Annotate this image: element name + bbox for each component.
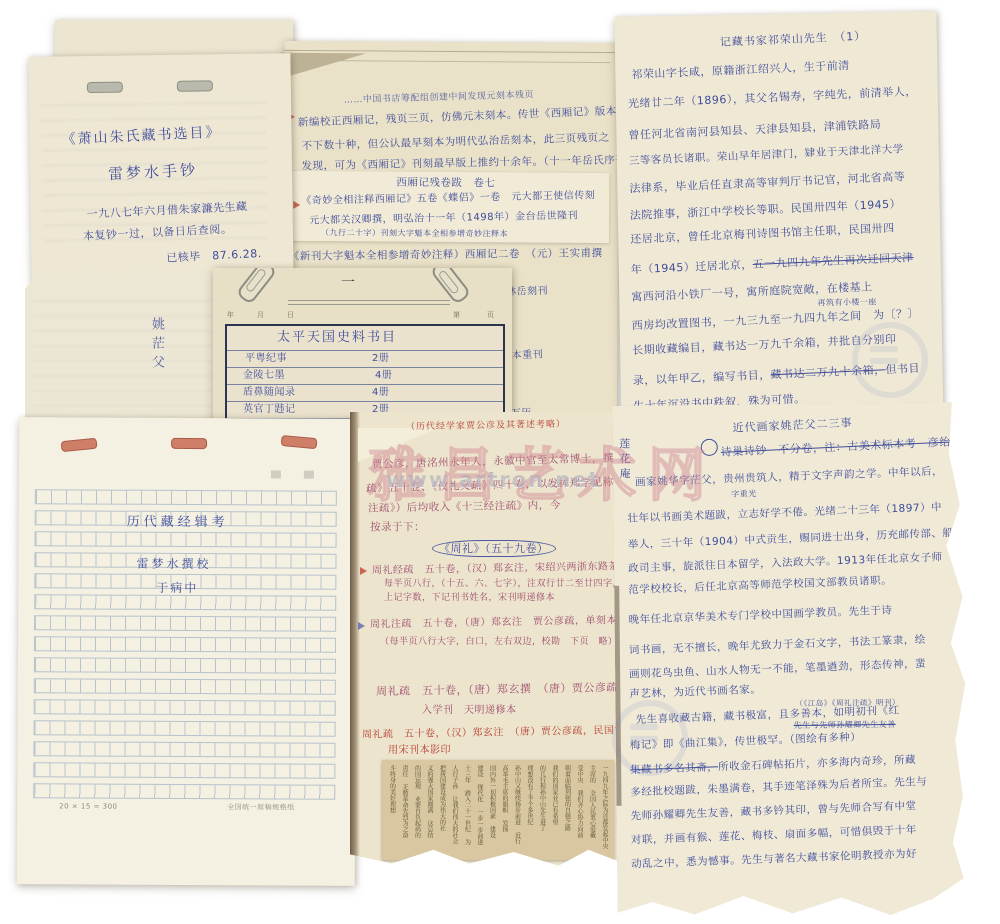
clipping-column: 主席的 全国人民衷心爱戴: [585, 765, 598, 857]
line-segment: 年（1945）迁居北京，: [631, 258, 753, 276]
struck-heading: 诗巢诗钞 不分卷，注：古美术标本考 彦绐等: [721, 436, 963, 458]
manuscript-line: 词书画，无不擅长，晚年尤致力于金石文字，书法工篆隶，绘: [629, 635, 926, 656]
stamp-bar: [630, 736, 658, 742]
manuscript-line: 对联，并画有猴、莲花、梅枝、扇面多幅，可惜俱毁于十年: [631, 825, 917, 846]
manuscript-line: 政司主事，旋派往日本留学，入法政大学。1913年任北京女子师: [628, 552, 943, 574]
page-title: 近代画家姚茫父二三事: [732, 417, 852, 433]
staple-icon: [177, 80, 213, 92]
grid-row: [34, 699, 336, 716]
clipping-column: 建设 现代化 一步一步前进: [473, 765, 486, 857]
manuscript-line: 画则花鸟虫鱼、山水人物无一不能，笔墨遒劲，形态传神，蜚: [629, 659, 926, 680]
grid-row: [33, 741, 335, 758]
printed-clipping: 一九四九年之际为首都发起中央 主席的 全国人民衷心爱戴 受中央 我们齐心协力向前…: [382, 760, 614, 860]
grid-row: [34, 678, 336, 695]
manuscript-note: 于病中: [156, 582, 198, 594]
note-line: 已核毕 87.6.28.: [166, 248, 262, 264]
form-row: 金陵七墨 4册: [227, 368, 503, 385]
manuscript-line: 举人，三十年（1904）中式贡生，赐同进士出身，历充邮传部、船: [628, 528, 954, 550]
red-title: （历代经学家贾公彦及其著述考略）: [406, 421, 566, 433]
grid-row: [35, 489, 337, 506]
entry-line: （每半页八行大字，白口，左右双边，校勘 下页 略）: [380, 638, 618, 647]
manuscript-line: 先师孙耀卿先生友善，藏书多钤其印，曾与先师合写有中堂: [630, 801, 916, 822]
slip-line: 《奇妙全相注释西厢记》五卷《蝶侣》一卷 元大都王使信传刻: [301, 191, 595, 207]
manuscript-line: 不下数十种，但公认最早刻本为明代弘治岳刻本，此三页残页之: [302, 133, 610, 152]
red-staple-icon: [61, 438, 98, 453]
stamp-bar: [870, 358, 898, 364]
manuscript-author: 雷梦水撰校: [136, 558, 211, 570]
grid-row: [34, 636, 336, 653]
entry-line: 每半页八行，（十五、六、七字），注双行廿二至廿四字，: [384, 580, 622, 589]
page-title: 记藏书家祁荣山先生 （1）: [720, 31, 867, 48]
page-number-mark: 一: [341, 276, 356, 290]
entry-line: 周礼疏 五十卷，（唐）郑玄撰 （唐）贾公彦疏: [376, 682, 618, 697]
crumpled-envelope: 姚茫父: [25, 262, 232, 432]
clipping-column: 我们的国家业已有希望: [548, 765, 561, 857]
folded-corner: [280, 53, 366, 80]
struck-segment: 五一九四九年先生再次迁回天津: [752, 251, 913, 271]
clipping-column: 义的强大国家圆满 这总结: [423, 765, 436, 857]
clipping-column: 把我国建设成为伟大的社: [435, 765, 448, 857]
manuscript-line: 三等客员长诸职。荣山早年居津门，肄业于天津北洋大学: [629, 144, 904, 166]
book-name: 英官丁韪记: [243, 405, 296, 415]
manuscript-line: 曾任河北省南河县知县、天津县知县，津浦铁路局: [628, 119, 881, 141]
grid-row: [34, 720, 336, 737]
clipping-column: 人行子孙 让我们伟大的社会: [448, 765, 461, 857]
grid-row: [33, 783, 335, 800]
blue-triangle-mark-icon: [358, 622, 365, 630]
manuscript-line: 《新刊大字魁本全相参增奇妙注释）西厢记二卷 （元）王实甫撰: [289, 248, 603, 262]
form-row: 盾鼻随闻录 4册: [227, 385, 503, 402]
manuscript-line: ……中国书店筹配组创建中间发现元刻本残页: [344, 91, 534, 105]
clipping-column: 理想没有了半个多世纪: [523, 765, 536, 857]
page-jiagongyan-notes: （历代经学家贾公彦及其著述考略） 贾公彦，唐洺州永年人，永徽中官至太常博士，撰《…: [350, 412, 648, 868]
slip-title: 西厢记残卷跋 卷七: [396, 178, 495, 189]
grid-row: [34, 594, 336, 611]
clipping-column: 朝着面临列强的自强之路: [560, 765, 573, 857]
page-taiping-booklist-form: 一 年 月 日 第 页 太平天国史料书目 平粤纪事 2册 金陵七墨 4册 盾鼻随…: [213, 268, 512, 432]
page-field-mark: [304, 471, 314, 479]
paper-spec-left: 20 × 15 = 300: [59, 803, 117, 810]
book-count: 2册: [372, 354, 389, 364]
book-name: 金陵七墨: [243, 371, 285, 381]
stamp-bar: [630, 724, 658, 730]
circled-heading: 《周礼》（五十九卷）: [432, 540, 556, 557]
clipping-column: 高举毛主席的旗帜 发扬: [498, 765, 511, 857]
paper-spec-right: 全国统一原稿规格纸: [227, 804, 295, 811]
clipping-column: 一九四九年之际为首都发起中央: [598, 765, 611, 857]
manuscript-line: 晚年任北京京华美术专门学校中国画学教员。先生于诗: [628, 605, 892, 625]
manuscript-line: 还居北京，曾任北京梅刊诗图书馆主任职，民国卅四: [630, 223, 895, 246]
book-name: 平粤纪事: [245, 354, 287, 364]
clipping-column: 的几行程孙中山先生进了: [535, 765, 548, 857]
struck-note: 先生与先师孙耀卿先生友善: [794, 721, 896, 730]
clipping-column: 斗终身的美好理想: [385, 765, 398, 857]
faint-logo-stamp: [612, 700, 688, 776]
slip-line: 元大都关汉卿撰，明弘治十一年（1498年）金台岳世隆刊: [309, 211, 578, 226]
faint-logo-stamp: [852, 322, 928, 398]
clipping-column: 受中央 我们齐心协力向前: [573, 765, 586, 857]
manuscript-line: 多经批校题跋，朱墨满卷，其手迹笔泽殊为后者所宝。先生与: [630, 777, 927, 798]
grid-row: [34, 615, 336, 632]
form-title: 太平天国史料书目: [277, 331, 397, 344]
entry-line: 用宋刊本影印: [388, 746, 451, 756]
stamp-bar: [870, 346, 898, 352]
manuscript-line: 发现，可为《西厢记》刊刻最早版上推约十余年。（十一年岳氏序刊）: [301, 155, 637, 172]
manuscript-line: 祁荣山字长咸，原籍浙江绍兴人，生于前清: [631, 60, 850, 81]
staple-icon: [87, 82, 123, 94]
show-through-text: [33, 292, 218, 422]
entry-line: 周礼经疏 五十卷，（汉）郑玄注，宋绍兴两浙东路茶盐司刊: [372, 562, 651, 577]
grid-row: [35, 531, 337, 548]
entry-line: 入学刊 天明递修本: [422, 706, 517, 716]
red-triangle-mark-icon: [293, 201, 300, 209]
margin-note: 莲花庵: [619, 438, 630, 483]
inserted-note: 再筑有小楼一座: [817, 298, 877, 307]
line-segment: 录，以年甲乙，编写书目，: [632, 368, 770, 387]
intro-line: 按录于下：: [370, 522, 425, 533]
entry-line: 周礼注疏 五十卷，（唐）郑玄注 贾公彦疏，单刻本（第: [370, 616, 638, 631]
grid-row: [33, 762, 335, 779]
clipping-column: 国内外一切积极因素 建设: [485, 765, 498, 857]
manuscript-line: 动乱之中，悉为憾事。先生与著名大藏书家伦明教授亦为好: [631, 849, 917, 870]
circle-mark-icon: [701, 439, 718, 456]
paper-clip-icon: [235, 268, 277, 305]
form-header-page: 第 页: [453, 312, 504, 319]
double-rule: [288, 300, 450, 305]
form-row: 平粤纪事 2册: [227, 351, 503, 368]
manuscript-collection-photo: ……中国书店筹配组创建中间发现元刻本残页 新编校正西厢记，残页三页，仿佛元末刻本…: [0, 0, 1000, 924]
form-title-row: 太平天国史料书目: [227, 326, 503, 351]
book-name: 盾鼻随闻录: [243, 388, 296, 398]
red-triangle-mark-icon: [360, 567, 367, 575]
manuscript-line: 法院推事，浙江中学校长等职。民国卅四年（1945）: [630, 198, 902, 221]
clipping-column: 十三年 跨入二十一世纪 为: [460, 765, 473, 857]
entry-line: 上记字数，下记刊书姓名，宋刊明递修本: [384, 594, 555, 603]
manuscript-line: 年（1945）迁居北京，五一九四九年先生再次迁回天津: [631, 252, 914, 275]
page-yao-mangfu-essay: 近代画家姚茫父二三事 诗巢诗钞 不分卷，注：古美术标本考 彦绐等 莲花庵 画家姚…: [612, 402, 967, 918]
manuscript-line: 法律系，毕业后任直隶高等审判厅书记官，河北省高等: [629, 171, 905, 194]
book-count: 4册: [372, 388, 389, 398]
red-staple-icon: [171, 438, 207, 449]
clipping-column: 的国运现 业要自负起码的: [410, 765, 423, 857]
grid-row: [34, 657, 336, 674]
inserted-note: 字重光: [731, 490, 757, 498]
book-count: 4册: [375, 371, 392, 381]
clipping-column: 孙中山又继续扬步前进 近行: [510, 765, 523, 857]
line-segment: 所收金石碑帖拓片，亦多海内奇珍，所藏: [718, 754, 916, 773]
pasted-slip: 西厢记残卷跋 卷七 《奇妙全相注释西厢记》五卷《蝶侣》一卷 元大都王使信传刻 元…: [291, 171, 609, 243]
clipping-column: 责任 无数革命先烈为之奋: [398, 765, 411, 857]
form-header-date: 年 月 日: [227, 312, 302, 319]
manuscript-line: 画家姚华字茫父，贵州贵筑人，精于文字声韵之学。中年以后，: [635, 466, 943, 488]
page-grid-manuscript: 历代藏经辑考 雷梦水撰校 于病中 20 × 15 = 300 全国统一原稿规格纸: [17, 417, 357, 886]
stack-spine: [350, 412, 360, 868]
clipping-text: 一九四九年之际为首都发起中央 主席的 全国人民衷心爱戴 受中央 我们齐心协力向前…: [385, 765, 610, 857]
intro-line: 注疏》）后均收入《十三经注疏》内，今: [368, 500, 561, 514]
manuscript-title: 历代藏经辑考: [127, 516, 229, 530]
manuscript-line: 光绪廿二年（1896），其父名锡寿，字纯先，前清举人，: [628, 86, 917, 110]
slip-line: （九行二十字）刊刻大字魁本全相参增奇妙注释本: [321, 229, 508, 238]
manuscript-line: 新编校正西厢记，残页三页，仿佛元末刻本。传世《西厢记》版本: [298, 106, 617, 128]
envelope-label: 姚茫父: [150, 317, 163, 374]
subtitle-line: 雷梦水手钞: [108, 163, 199, 182]
inserted-note: （《江岛》《周礼注疏》明刊）: [795, 699, 900, 708]
manuscript-line: 范学校校长，后任北京高等师范学校国文部教员诸职。: [628, 575, 892, 595]
page-xiaoshan-catalog-cover: 《萧山朱氏藏书选目》 雷梦水手钞 一九八七年六月借朱家濂先生藏 本复钞一过，以备…: [28, 53, 293, 285]
red-staple-icon: [281, 435, 318, 449]
page-field-mark: [271, 470, 281, 478]
manuscript-line: 壮年以书画美术题跋，立志好学不倦。光绪二十三年（1897）中: [627, 502, 942, 524]
manuscript-line: 声艺林，为近代书画名家。: [629, 685, 761, 700]
